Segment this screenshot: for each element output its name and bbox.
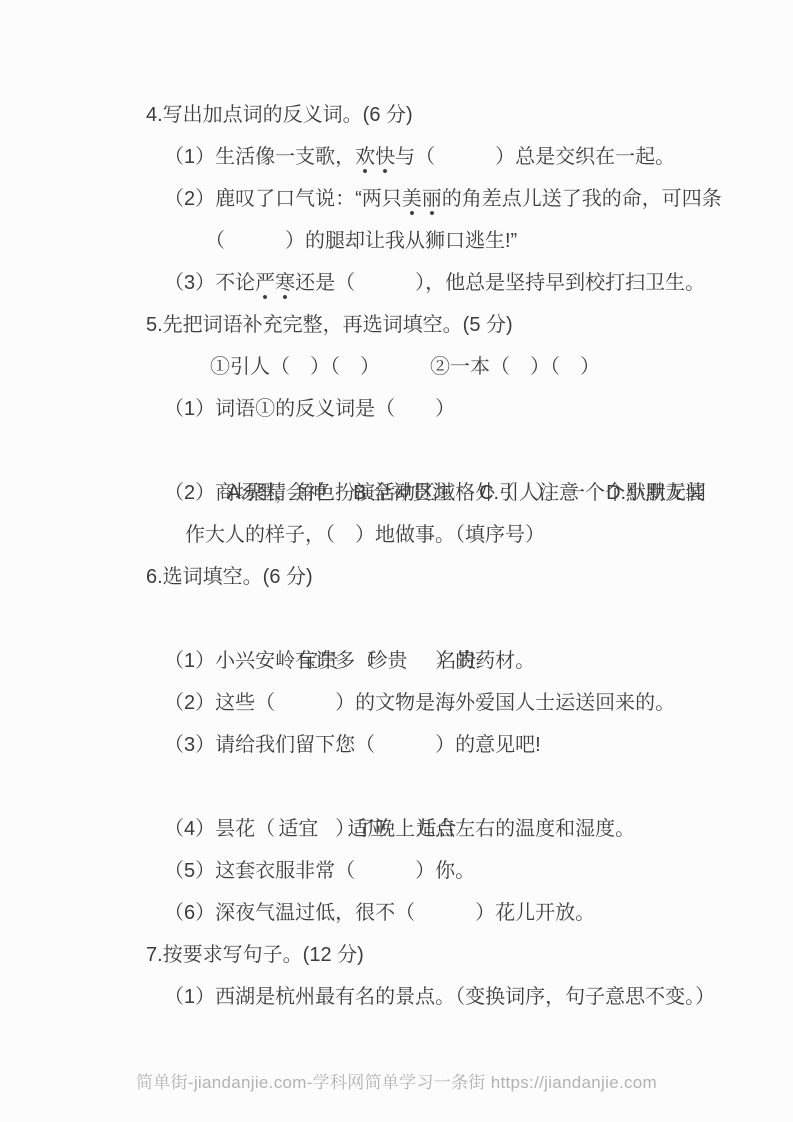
- q4-item-2-emphasized-word: 美丽: [402, 188, 442, 216]
- q6-item-5: （5）这套衣服非常（ ）你。: [0, 850, 793, 892]
- q4-item-1-emphasized-word: 欢快: [355, 146, 395, 174]
- q4-item-3-post: 还是（ ），他总是坚持早到校打扫卫生。: [295, 272, 705, 294]
- q6-item-1: （1）小兴安岭有许多（ ）的药材。: [0, 640, 793, 682]
- question-7-title: 7.按要求写句子。(12 分): [0, 934, 793, 976]
- q6-item-2: （2）这些（ ）的文物是海外爱国人士运送回来的。: [0, 682, 793, 724]
- q4-item-2-line-1: （2）鹿叹了口气说：“两只美丽的角差点儿送了我的命，可四条: [0, 178, 793, 220]
- q6-word-bank-2: 适宜适应适合: [0, 766, 793, 808]
- q5-item-1: （1）词语①的反义词是（ ）: [0, 388, 793, 430]
- exam-paper-page: 4.写出加点词的反义词。(6 分) （1）生活像一支歌，欢快与（ ）总是交织在一…: [0, 0, 793, 1122]
- q5-item-2-line-1: （2）商场里，角色扮演活动区域格外（ ）。一个个小朋友装: [0, 472, 793, 514]
- q5-options-row: A.聚精会神B.全神贯注C.引人注意D.默默无闻: [0, 430, 793, 472]
- q6-word-bank-1: 宝贵珍贵名贵: [0, 598, 793, 640]
- q4-item-1: （1）生活像一支歌，欢快与（ ）总是交织在一起。: [0, 136, 793, 178]
- q7-item-1: （1）西湖是杭州最有名的景点。（变换词序，句子意思不变。）: [0, 976, 793, 1018]
- q4-item-1-pre: （1）生活像一支歌，: [164, 146, 355, 168]
- q4-item-1-post: 与（ ）总是交织在一起。: [395, 146, 675, 168]
- q4-item-3-pre: （3）不论: [164, 272, 255, 294]
- q5-item-2-line-2: 作大人的样子，（ ）地做事。（填序号）: [0, 514, 793, 556]
- q4-item-2-post: 的角差点儿送了我的命，可四条: [442, 188, 722, 210]
- q4-item-2-line-2: （ ）的腿却让我从狮口逃生!”: [0, 220, 793, 262]
- q6-item-4: （4）昙花（ ）了晚上九点左右的温度和湿度。: [0, 808, 793, 850]
- q4-item-3-emphasized-word: 严寒: [255, 272, 295, 300]
- question-6-title: 6.选词填空。(6 分): [0, 556, 793, 598]
- q6-item-3: （3）请给我们留下您（ ）的意见吧!: [0, 724, 793, 766]
- question-4-title: 4.写出加点词的反义词。(6 分): [0, 94, 793, 136]
- q4-item-3: （3）不论严寒还是（ ），他总是坚持早到校打扫卫生。: [0, 262, 793, 304]
- watermark-text: 简单街-jiandanjie.com-学科网简单学习一条街 https://ji…: [0, 1068, 793, 1093]
- q5-word-completion-line: ①引人（ ）（ ） ②一本（ ）（ ）: [0, 346, 793, 388]
- exam-content: 4.写出加点词的反义词。(6 分) （1）生活像一支歌，欢快与（ ）总是交织在一…: [0, 94, 793, 1018]
- q6-item-6: （6）深夜气温过低，很不（ ）花儿开放。: [0, 892, 793, 934]
- question-5-title: 5.先把词语补充完整，再选词填空。(5 分): [0, 304, 793, 346]
- q4-item-2-pre: （2）鹿叹了口气说：“两只: [164, 188, 402, 210]
